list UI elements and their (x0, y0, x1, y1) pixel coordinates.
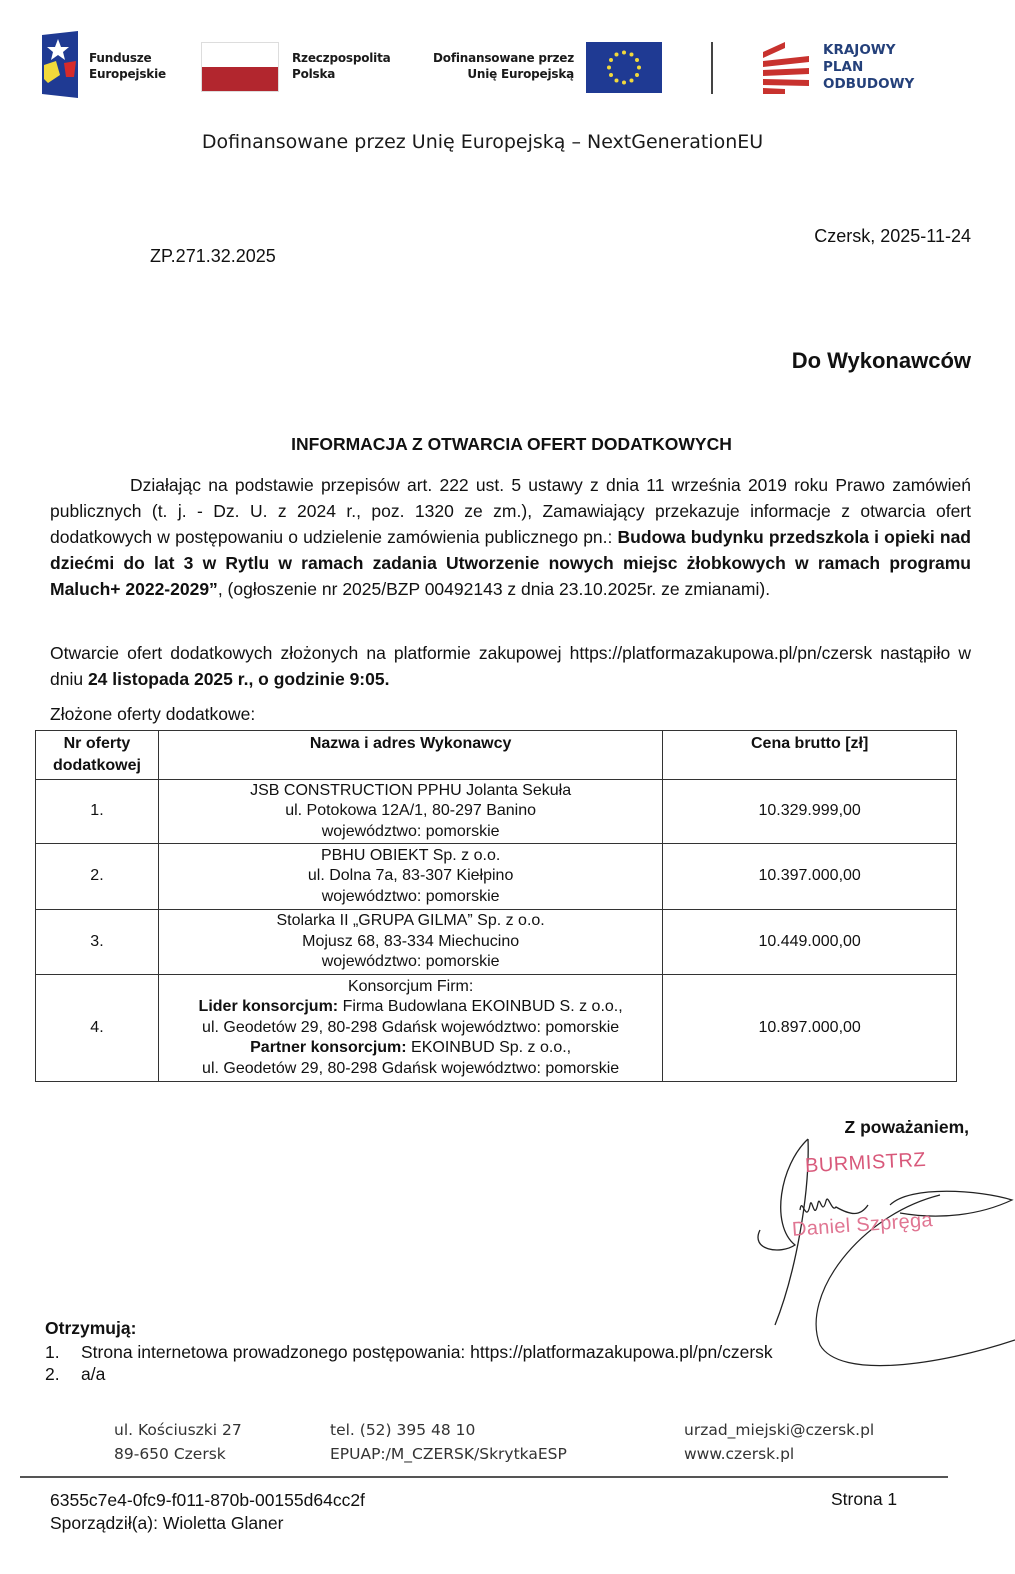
table-row: 2. PBHU OBIEKT Sp. z o.o. ul. Dolna 7a, … (36, 844, 957, 910)
page-number: Strona 1 (831, 1489, 897, 1510)
offer-number: 1. (36, 780, 159, 844)
fundusze-europejskie-logo-icon (42, 31, 78, 98)
offer-number: 3. (36, 910, 159, 975)
document-id: 6355c7e4-0fc9-f011-870b-00155d64cc2f (50, 1489, 365, 1512)
funding-statement: Dofinansowane przez Unię Europejską – Ne… (0, 131, 965, 153)
opening-datetime: 24 listopada 2025 r., o godzinie 9:05. (88, 669, 390, 689)
contractor-cell: JSB CONSTRUCTION PPHU Jolanta Sekuła ul.… (158, 780, 662, 844)
contractor-name: Stolarka II „GRUPA GILMA” Sp. z o.o. (163, 911, 658, 932)
footer-web: urzad_miejski@czersk.pl www.czersk.pl (684, 1418, 874, 1466)
contractor-region: województwo: pomorskie (163, 822, 658, 843)
header-gross-price: Cena brutto [zł] (663, 731, 957, 780)
document-meta: 6355c7e4-0fc9-f011-870b-00155d64cc2f Spo… (50, 1489, 365, 1535)
header-offer-number: Nr oferty dodatkowej (36, 731, 159, 780)
opening-paragraph: Otwarcie ofert dodatkowych złożonych na … (50, 640, 971, 692)
epuap: EPUAP:/M_CZERSK/SkrytkaESP (330, 1442, 567, 1466)
contractor-name: PBHU OBIEKT Sp. z o.o. (163, 846, 658, 867)
intro-paragraph: Działając na podstawie przepisów art. 22… (50, 472, 971, 602)
consortium-partner: Partner konsorcjum: EKOINBUD Sp. z o.o., (163, 1038, 658, 1059)
footer-address: ul. Kościuszki 27 89-650 Czersk (114, 1418, 242, 1466)
offer-price: 10.397.000,00 (663, 844, 957, 910)
consortium-heading: Konsorcjum Firm: (163, 977, 658, 998)
contractor-address: ul. Dolna 7a, 83-307 Kiełpino (163, 866, 658, 887)
header-separator (711, 42, 713, 94)
recipients-heading: Otrzymują: (45, 1318, 136, 1339)
table-row: 4. Konsorcjum Firm: Lider konsorcjum: Fi… (36, 975, 957, 1082)
prepared-by: Sporządził(a): Wioletta Glaner (50, 1512, 365, 1535)
contractor-name: JSB CONSTRUCTION PPHU Jolanta Sekuła (163, 781, 658, 802)
list-item: 2.a/a (45, 1363, 773, 1385)
table-row: 1. JSB CONSTRUCTION PPHU Jolanta Sekuła … (36, 780, 957, 844)
footer-divider (20, 1476, 948, 1478)
list-item-number: 2. (45, 1363, 81, 1385)
phone: tel. (52) 395 48 10 (330, 1418, 567, 1442)
eu-cofinanced-label: Dofinansowane przez Unię Europejską (424, 50, 574, 82)
list-item-number: 1. (45, 1341, 81, 1363)
addressee: Do Wykonawców (792, 348, 971, 374)
postal-city: 89-650 Czersk (114, 1442, 242, 1466)
kpo-label: KRAJOWY PLAN ODBUDOWY (823, 42, 914, 93)
contractor-region: województwo: pomorskie (163, 887, 658, 908)
table-row: 3. Stolarka II „GRUPA GILMA” Sp. z o.o. … (36, 910, 957, 975)
street: ul. Kościuszki 27 (114, 1418, 242, 1442)
consortium-cell: Konsorcjum Firm: Lider konsorcjum: Firma… (158, 975, 662, 1082)
contractor-cell: PBHU OBIEKT Sp. z o.o. ul. Dolna 7a, 83-… (158, 844, 662, 910)
partner-address: ul. Geodetów 29, 80-298 Gdańsk województ… (163, 1059, 658, 1080)
document-title: INFORMACJA Z OTWARCIA OFERT DODATKOWYCH (0, 434, 1015, 455)
contractor-address: Mojusz 68, 83-334 Miechucino (163, 932, 658, 953)
place-and-date: Czersk, 2025-11-24 (814, 226, 971, 247)
offer-price: 10.329.999,00 (663, 780, 957, 844)
offer-price: 10.897.000,00 (663, 975, 957, 1082)
list-item-text: Strona internetowa prowadzonego postępow… (81, 1342, 773, 1362)
contractor-cell: Stolarka II „GRUPA GILMA” Sp. z o.o. Moj… (158, 910, 662, 975)
reference-number: ZP.271.32.2025 (150, 246, 276, 267)
poland-flag-icon (201, 42, 279, 92)
consortium-leader: Lider konsorcjum: Firma Budowlana EKOINB… (163, 997, 658, 1018)
contractor-region: województwo: pomorskie (163, 952, 658, 973)
footer-contact: tel. (52) 395 48 10 EPUAP:/M_CZERSK/Skry… (330, 1418, 567, 1466)
announcement-reference: , (ogłoszenie nr 2025/BZP 00492143 z dni… (218, 579, 770, 599)
eu-flag-icon (586, 42, 662, 93)
leader-address: ul. Geodetów 29, 80-298 Gdańsk województ… (163, 1018, 658, 1039)
email-link[interactable]: urzad_miejski@czersk.pl (684, 1418, 874, 1442)
website-link[interactable]: www.czersk.pl (684, 1442, 874, 1466)
kpo-logo-icon (763, 42, 809, 94)
rzeczpospolita-polska-label: Rzeczpospolita Polska (292, 50, 391, 82)
contractor-address: ul. Potokowa 12A/1, 80-297 Banino (163, 801, 658, 822)
list-item: 1.Strona internetowa prowadzonego postęp… (45, 1341, 773, 1363)
leader-label: Lider konsorcjum: (199, 998, 339, 1015)
leader-name: Firma Budowlana EKOINBUD S. z o.o., (338, 998, 623, 1015)
header-contractor: Nazwa i adres Wykonawcy (158, 731, 662, 780)
table-header-row: Nr oferty dodatkowej Nazwa i adres Wykon… (36, 731, 957, 780)
partner-name: EKOINBUD Sp. z o.o., (407, 1039, 572, 1056)
table-caption: Złożone oferty dodatkowe: (50, 704, 255, 725)
offer-number: 2. (36, 844, 159, 910)
recipients-list: 1.Strona internetowa prowadzonego postęp… (45, 1341, 773, 1385)
partner-label: Partner konsorcjum: (250, 1039, 406, 1056)
fundusze-europejskie-label: Fundusze Europejskie (89, 50, 166, 82)
offers-table: Nr oferty dodatkowej Nazwa i adres Wykon… (35, 730, 957, 1082)
offer-number: 4. (36, 975, 159, 1082)
offer-price: 10.449.000,00 (663, 910, 957, 975)
list-item-text: a/a (81, 1364, 105, 1384)
